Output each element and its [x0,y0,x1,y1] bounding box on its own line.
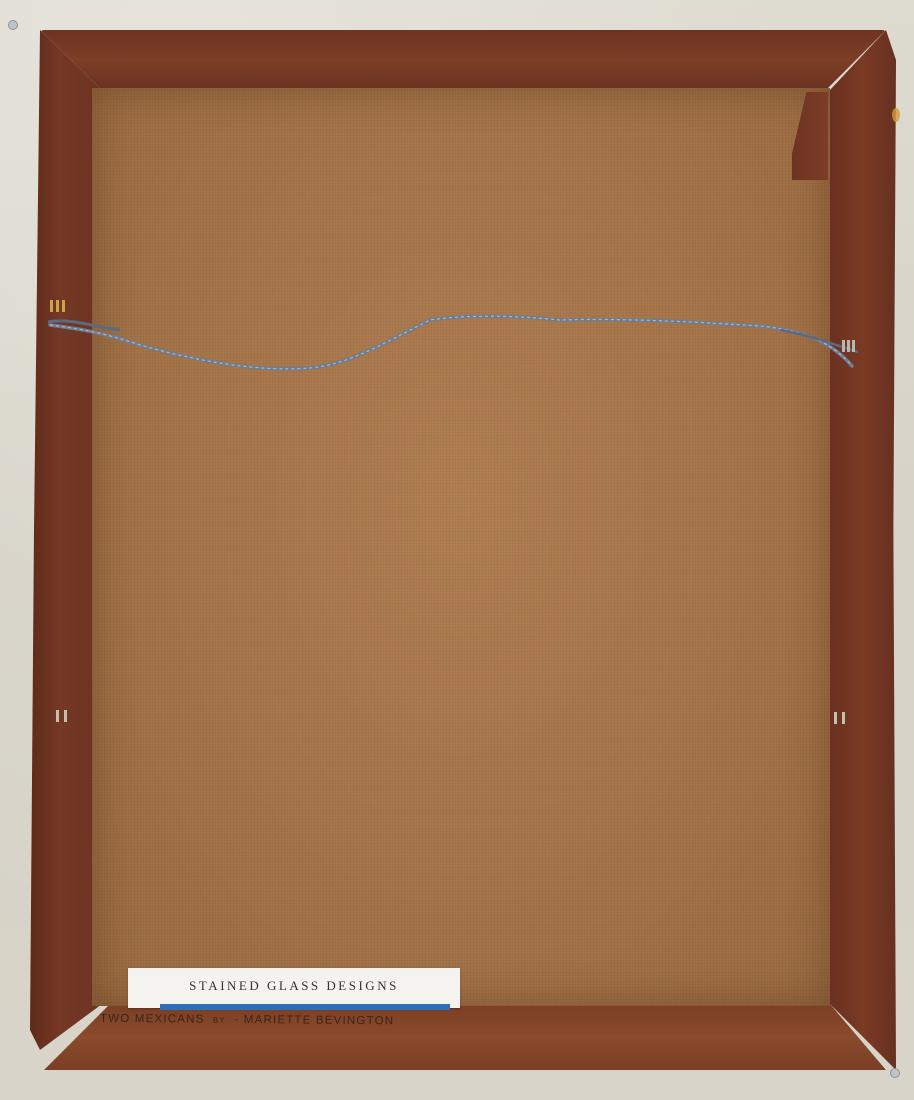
inscription-artist: - MARIETTE BEVINGTON [234,1014,394,1027]
painting-back-photo: STAINED GLASS DESIGNS TWO MEXICANS BY - … [0,0,914,1100]
inscription-title: TWO MEXICANS [100,1013,205,1026]
label-title: STAINED GLASS DESIGNS [128,978,460,994]
stretcher-bar-right [830,30,896,1070]
tack-icon [890,1068,900,1078]
inscription-by: BY [213,1016,226,1025]
exhibition-label: STAINED GLASS DESIGNS [128,968,460,1008]
canvas-back-panel [92,88,830,1006]
pencil-inscription: TWO MEXICANS BY - MARIETTE BEVINGTON [100,1013,394,1028]
screw-eye-left-icon [50,300,74,314]
stretcher-bar-top [40,30,886,90]
screw-eye-right-icon [842,340,866,354]
tack-icon [8,20,18,30]
paint-stain [892,108,900,122]
label-blue-stripe [160,1004,450,1010]
staple-right-icon [828,712,852,726]
staple-left-icon [54,710,78,724]
